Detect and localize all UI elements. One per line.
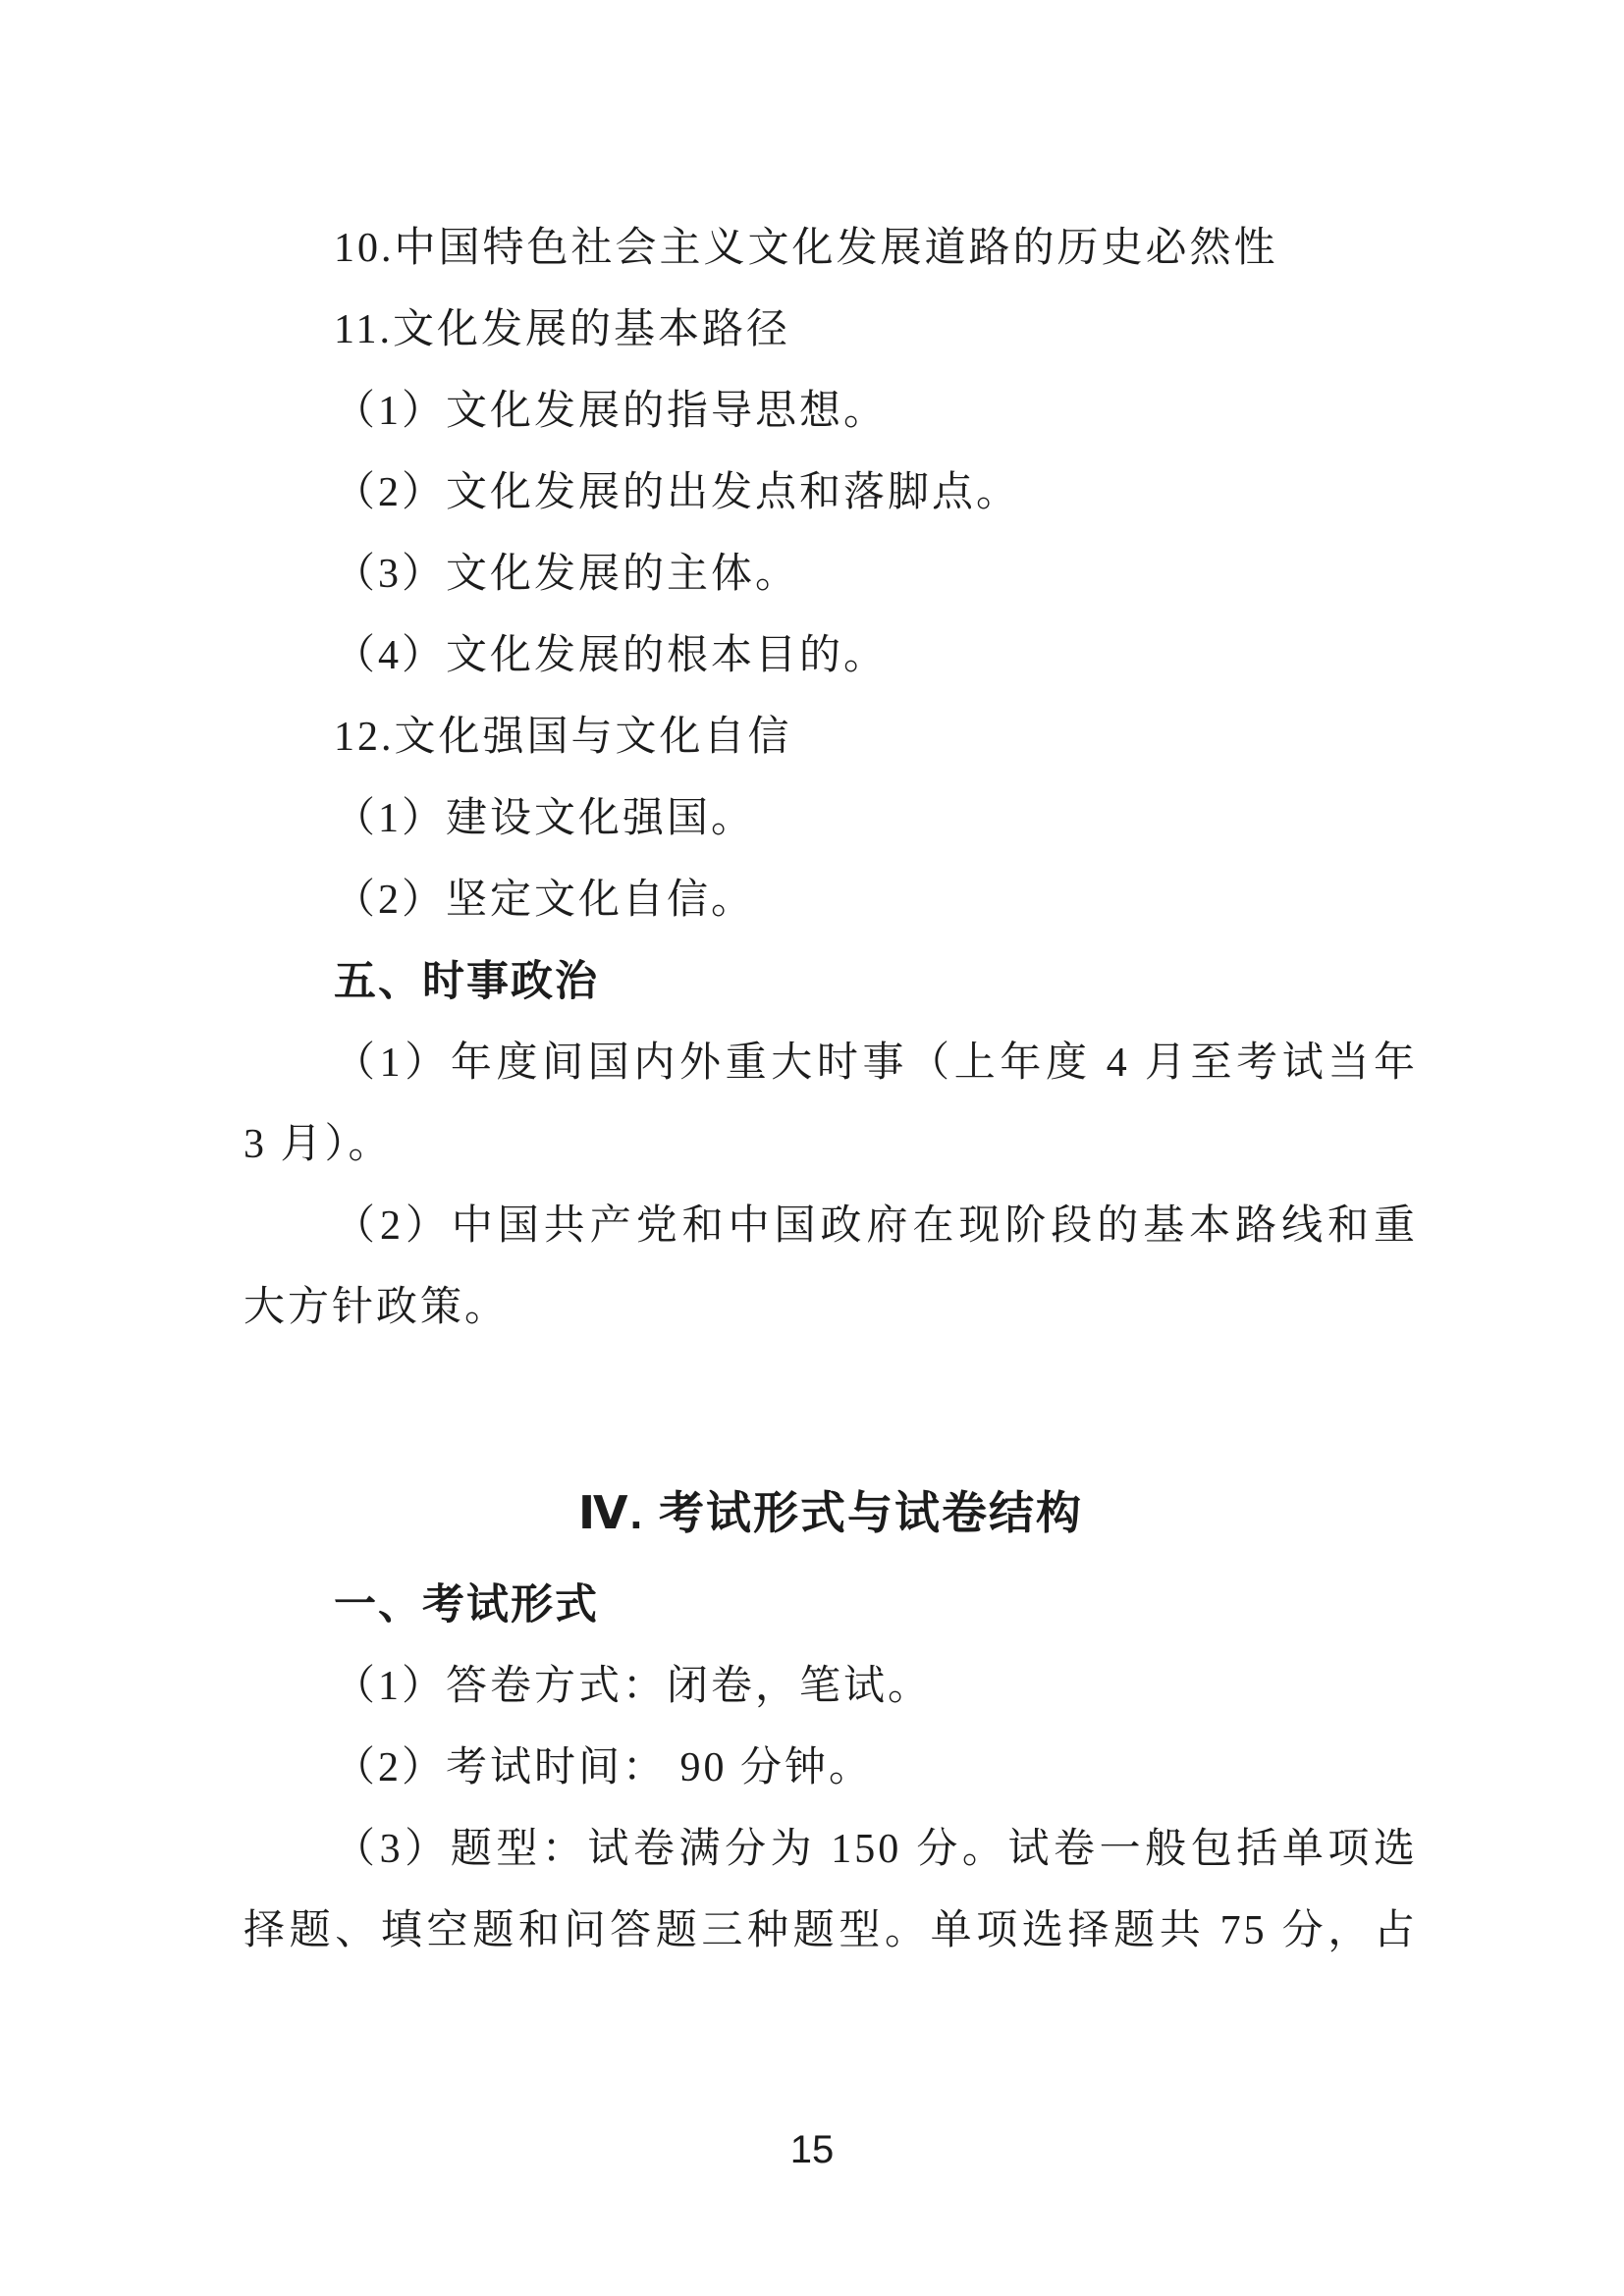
list-item-line: （4）文化发展的根本目的。 [244, 615, 1418, 697]
paragraph-continuation-line: 大方针政策。 [244, 1267, 1418, 1349]
subsection-heading: 五、时事政治 [244, 941, 1418, 1023]
document-page: 10.中国特色社会主义文化发展道路的历史必然性11.文化发展的基本路径（1）文化… [0, 0, 1624, 2296]
list-item-line: （2）中国共产党和中国政府在现阶段的基本路线和重 [244, 1186, 1418, 1267]
list-item-line: （2）文化发展的出发点和落脚点。 [244, 453, 1418, 534]
page-footer: 15 [0, 2126, 1624, 2173]
list-item-line: （1）建设文化强国。 [244, 778, 1418, 860]
list-item-line: （2）坚定文化自信。 [244, 860, 1418, 941]
list-item-line: （1）年度间国内外重大时事（上年度 4 月至考试当年 [244, 1023, 1418, 1104]
list-item-line: 11.文化发展的基本路径 [244, 290, 1418, 371]
paragraph-continuation-line: 3 月）。 [244, 1104, 1418, 1186]
section-heading: Ⅳ. 考试形式与试卷结构 [244, 1472, 1418, 1554]
list-item-line: （2）考试时间： 90 分钟。 [244, 1728, 1418, 1809]
list-item-line: 12.文化强国与文化自信 [244, 697, 1418, 778]
list-item-line: （3）文化发展的主体。 [244, 534, 1418, 615]
list-item-line: （1）答卷方式：闭卷，笔试。 [244, 1646, 1418, 1728]
list-item-line: （1）文化发展的指导思想。 [244, 371, 1418, 453]
subsection-heading: 一、考试形式 [244, 1565, 1418, 1646]
document-body: 10.中国特色社会主义文化发展道路的历史必然性11.文化发展的基本路径（1）文化… [244, 208, 1418, 1972]
list-item-line: （3）题型：试卷满分为 150 分。试卷一般包括单项选 [244, 1809, 1418, 1891]
list-item-line: 10.中国特色社会主义文化发展道路的历史必然性 [244, 208, 1418, 290]
paragraph-continuation-line: 择题、填空题和问答题三种题型。单项选择题共 75 分，占 [244, 1891, 1418, 1972]
page-number: 15 [790, 2128, 835, 2171]
